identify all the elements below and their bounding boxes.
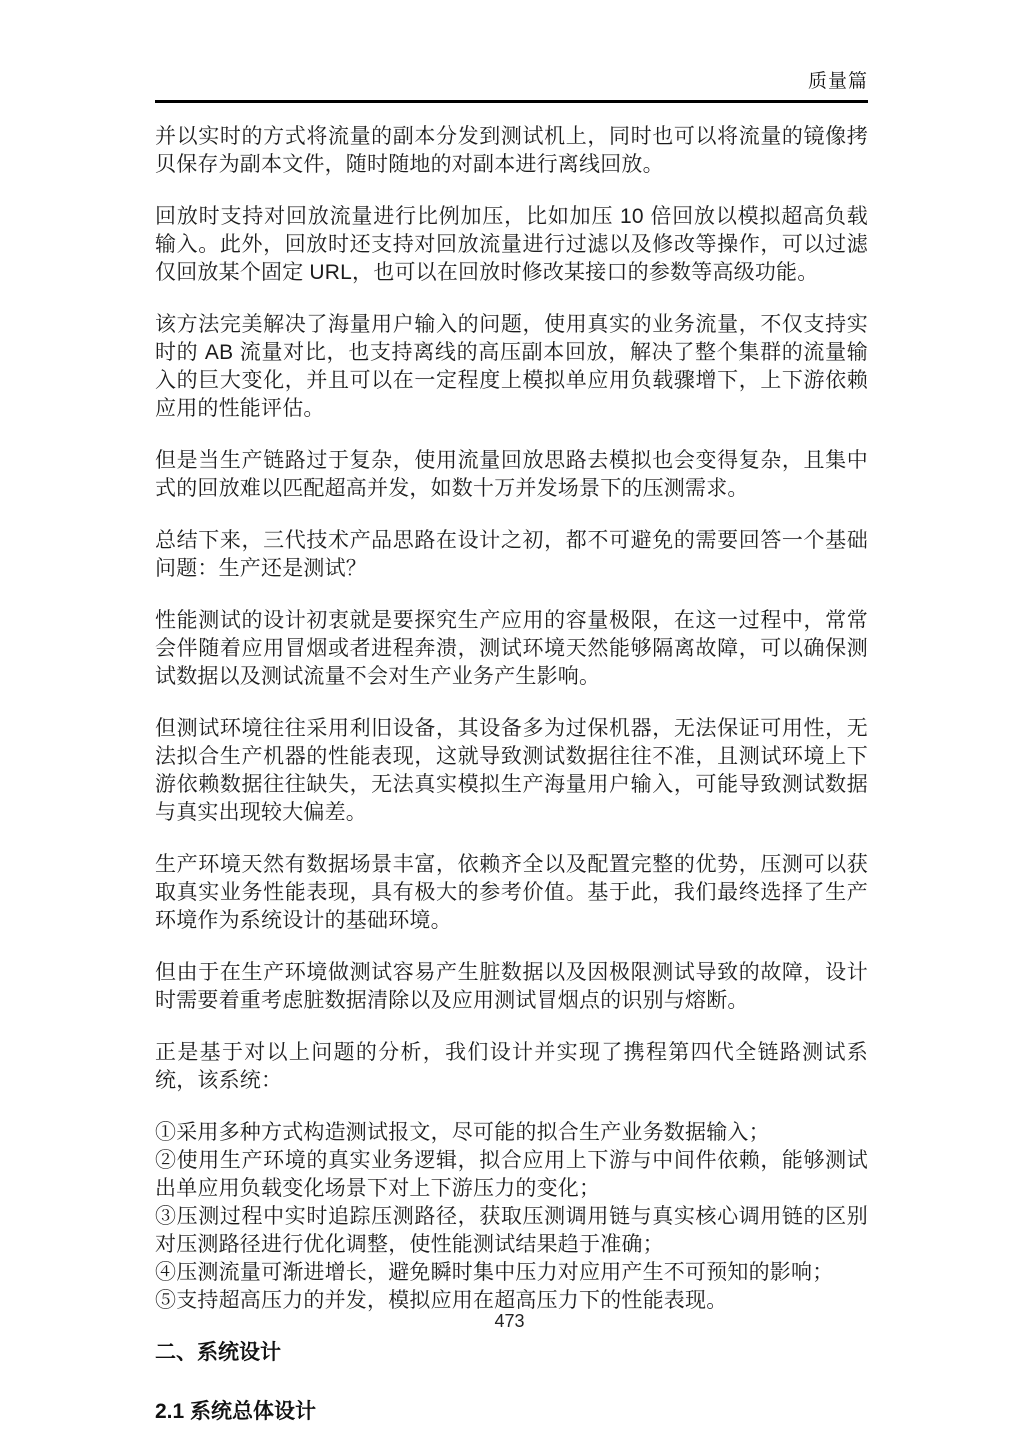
numbered-list: ①采用多种方式构造测试报文，尽可能的拟合生产业务数据输入； ②使用生产环境的真实… [155,1119,868,1315]
body-paragraph: 但测试环境往往采用利旧设备，其设备多为过保机器，无法保证可用性，无法拟合生产机器… [155,715,868,827]
numbered-list-item: ①采用多种方式构造测试报文，尽可能的拟合生产业务数据输入； [155,1119,868,1147]
body-paragraph: 该方法完美解决了海量用户输入的问题，使用真实的业务流量，不仅支持实时的 AB 流… [155,311,868,423]
body-paragraph: 总结下来，三代技术产品思路在设计之初，都不可避免的需要回答一个基础问题：生产还是… [155,527,868,583]
body-paragraph: 但由于在生产环境做测试容易产生脏数据以及因极限测试导致的故障，设计时需要着重考虑… [155,959,868,1015]
subsection-heading: 2.1 系统总体设计 [155,1398,868,1426]
body-paragraph: 并以实时的方式将流量的副本分发到测试机上，同时也可以将流量的镜像拷贝保存为副本文… [155,123,868,179]
numbered-list-item: ②使用生产环境的真实业务逻辑，拟合应用上下游与中间件依赖，能够测试出单应用负载变… [155,1147,868,1203]
section-heading: 二、系统设计 [155,1339,868,1367]
body-paragraph: 生产环境天然有数据场景丰富，依赖齐全以及配置完整的优势，压测可以获取真实业务性能… [155,851,868,935]
numbered-list-item: ③压测过程中实时追踪压测路径，获取压测调用链与真实核心调用链的区别对压测路径进行… [155,1203,868,1259]
content-column: 质量篇 并以实时的方式将流量的副本分发到测试机上，同时也可以将流量的镜像拷贝保存… [155,0,868,1426]
body-paragraph: 正是基于对以上问题的分析，我们设计并实现了携程第四代全链路测试系统，该系统： [155,1039,868,1095]
running-header: 质量篇 [155,0,868,103]
body-paragraph: 性能测试的设计初衷就是要探究生产应用的容量极限，在这一过程中，常常会伴随着应用冒… [155,607,868,691]
numbered-list-item: ④压测流量可渐进增长，避免瞬时集中压力对应用产生不可预知的影响； [155,1259,868,1287]
body-paragraph: 但是当生产链路过于复杂，使用流量回放思路去模拟也会变得复杂，且集中式的回放难以匹… [155,447,868,503]
page-number: 473 [0,1311,1019,1332]
document-page: 质量篇 并以实时的方式将流量的副本分发到测试机上，同时也可以将流量的镜像拷贝保存… [0,0,1019,1440]
running-header-label: 质量篇 [808,71,868,92]
body-text: 并以实时的方式将流量的副本分发到测试机上，同时也可以将流量的镜像拷贝保存为副本文… [155,123,868,1426]
body-paragraph: 回放时支持对回放流量进行比例加压，比如加压 10 倍回放以模拟超高负载输入。此外… [155,203,868,287]
